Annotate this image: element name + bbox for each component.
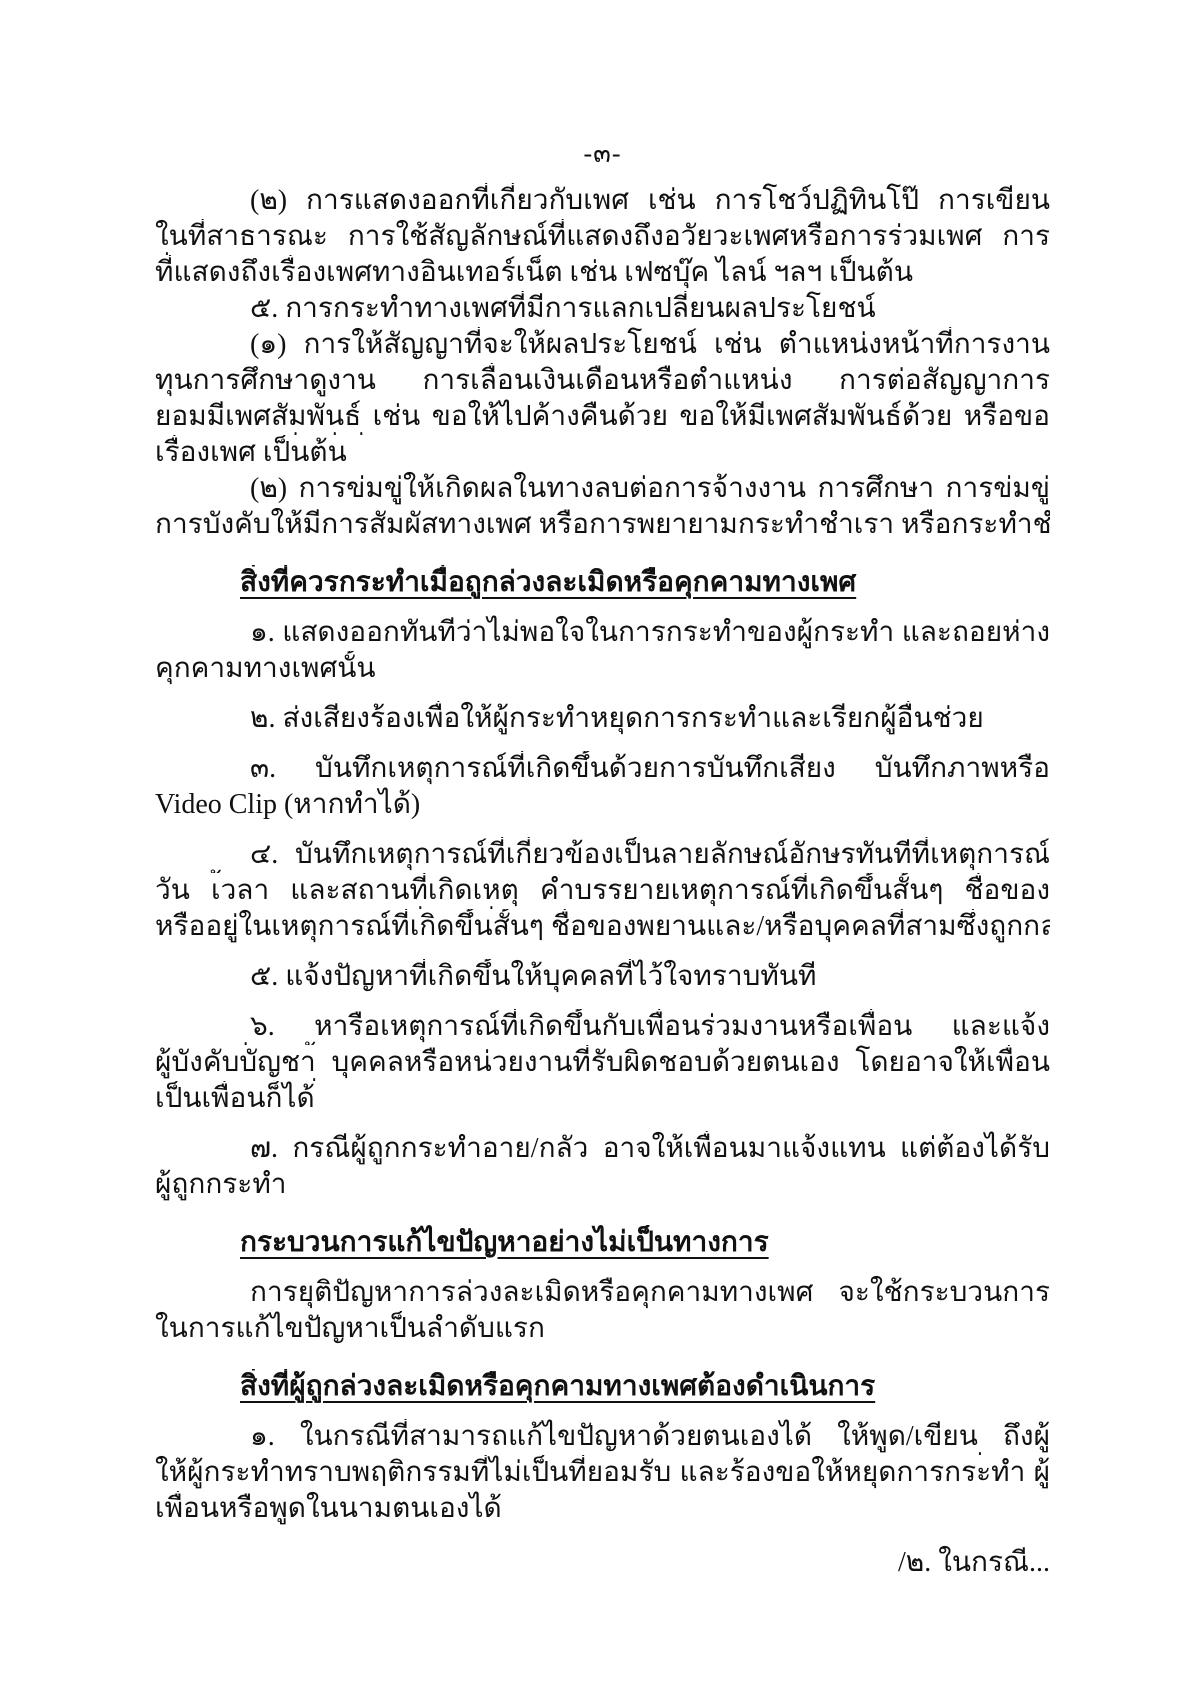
page-number: -๓-	[155, 137, 1050, 171]
paragraph: การยุติปัญหาการล่วงละเมิดหรือคุกคามทางเพ…	[155, 1275, 1050, 1347]
text-line: การยุติปัญหาการล่วงละเมิดหรือคุกคามทางเพ…	[155, 1275, 1050, 1311]
text-line: ๓. บันทึกเหตุการณ์ที่เกิดขึ้นด้วยการบันท…	[155, 751, 1050, 787]
text-line: วัน เวลา และสถานที่เกิดเหตุ คำบรรยายเหตุ…	[155, 873, 1050, 909]
list-item: ๒. ส่งเสียงร้องเพื่อให้ผู้กระทำหยุดการกร…	[155, 701, 1050, 737]
section-heading: สิ่งที่ผู้ถูกล่วงละเมิดหรือคุกคามทางเพศต…	[155, 1369, 1050, 1405]
list-item: ๕. แจ้งปัญหาที่เกิดขึ้นให้บุคคลที่ไว้ใจท…	[155, 959, 1050, 995]
text-line: ๑. แสดงออกทันทีว่าไม่พอใจในการกระทำของผู…	[155, 615, 1050, 651]
list-item: ๕. การกระทำทางเพศที่มีการแลกเปลี่ยนผลประ…	[155, 291, 1050, 327]
heading-text: กระบวนการแก้ไขปัญหาอย่างไม่เป็นทางการ	[155, 1225, 1050, 1261]
list-item: ๖. หารือเหตุการณ์ที่เกิดขึ้นกับเพื่อนร่ว…	[155, 1009, 1050, 1117]
paragraph: (๒) การแสดงออกที่เกี่ยวกับเพศ เช่น การโช…	[155, 183, 1050, 291]
text-line: ๒. ส่งเสียงร้องเพื่อให้ผู้กระทำหยุดการกร…	[155, 701, 1050, 737]
text-line: ๑. ในกรณีที่สามารถแก้ไขปัญหาด้วยตนเองได้…	[155, 1419, 1050, 1455]
text-line: ๖. หารือเหตุการณ์ที่เกิดขึ้นกับเพื่อนร่ว…	[155, 1009, 1050, 1045]
text-line: ในที่สาธารณะ การใช้สัญลักษณ์ที่แสดงถึงอว…	[155, 219, 1050, 255]
text-line: ๗. กรณีผู้ถูกกระทำอาย/กลัว อาจให้เพื่อนม…	[155, 1131, 1050, 1167]
text-line: คุกคามทางเพศนั้น	[155, 651, 1050, 687]
text-line: เพื่อนหรือพูดในนามตนเองได้	[155, 1491, 1050, 1527]
list-item: ๑. แสดงออกทันทีว่าไม่พอใจในการกระทำของผู…	[155, 615, 1050, 687]
section-heading: สิ่งที่ควรกระทำเมื่อถูกล่วงละเมิดหรือคุก…	[155, 565, 1050, 601]
continuation-mark: /๒. ในกรณี...	[155, 1545, 1050, 1581]
text-line: Video Clip (หากทำได้)	[155, 787, 1050, 823]
text-line: ในการแก้ไขปัญหาเป็นลำดับแรก	[155, 1311, 1050, 1347]
text-line: การบังคับให้มีการสัมผัสทางเพศ หรือการพยา…	[155, 507, 1050, 543]
text-line: ผู้บังคับบัญชา บุคคลหรือหน่วยงานที่รับผิ…	[155, 1045, 1050, 1081]
document-page: -๓- (๒) การแสดงออกที่เกี่ยวกับเพศ เช่น ก…	[0, 0, 1190, 1683]
text-line: ผู้ถูกกระทำ	[155, 1167, 1050, 1203]
text-line: ๔. บันทึกเหตุการณ์ที่เกี่ยวข้องเป็นลายลั…	[155, 837, 1050, 873]
list-item: ๑. ในกรณีที่สามารถแก้ไขปัญหาด้วยตนเองได้…	[155, 1419, 1050, 1527]
list-item: ๗. กรณีผู้ถูกกระทำอาย/กลัว อาจให้เพื่อนม…	[155, 1131, 1050, 1203]
text-line: เป็นเพื่อนก็ได้	[155, 1081, 1050, 1117]
section-heading: กระบวนการแก้ไขปัญหาอย่างไม่เป็นทางการ	[155, 1225, 1050, 1261]
list-item: ๔. บันทึกเหตุการณ์ที่เกี่ยวข้องเป็นลายลั…	[155, 837, 1050, 945]
text-line: หรืออยู่ในเหตุการณ์ที่เกิดขึ้นสั้นๆ ชื่อ…	[155, 909, 1050, 945]
paragraph: (๑) การให้สัญญาที่จะให้ผลประโยชน์ เช่น ต…	[155, 327, 1050, 471]
heading-text: สิ่งที่ผู้ถูกล่วงละเมิดหรือคุกคามทางเพศต…	[155, 1369, 1050, 1405]
text-line: เรื่องเพศ เป็นต้น	[155, 435, 1050, 471]
text-line: ทุนการศึกษาดูงาน การเลื่อนเงินเดือนหรือต…	[155, 363, 1050, 399]
list-item: ๓. บันทึกเหตุการณ์ที่เกิดขึ้นด้วยการบันท…	[155, 751, 1050, 823]
text-line: ให้ผู้กระทำทราบพฤติกรรมที่ไม่เป็นที่ยอมร…	[155, 1455, 1050, 1491]
text-line: (๒) การข่มขู่ให้เกิดผลในทางลบต่อการจ้างง…	[155, 471, 1050, 507]
paragraph: (๒) การข่มขู่ให้เกิดผลในทางลบต่อการจ้างง…	[155, 471, 1050, 543]
text-line: (๑) การให้สัญญาที่จะให้ผลประโยชน์ เช่น ต…	[155, 327, 1050, 363]
heading-text: สิ่งที่ควรกระทำเมื่อถูกล่วงละเมิดหรือคุก…	[155, 565, 1050, 601]
text-line: ที่แสดงถึงเรื่องเพศทางอินเทอร์เน็ต เช่น …	[155, 255, 1050, 291]
text-line: (๒) การแสดงออกที่เกี่ยวกับเพศ เช่น การโช…	[155, 183, 1050, 219]
text-line: ยอมมีเพศสัมพันธ์ เช่น ขอให้ไปค้างคืนด้วย…	[155, 399, 1050, 435]
text-line: ๕. แจ้งปัญหาที่เกิดขึ้นให้บุคคลที่ไว้ใจท…	[155, 959, 1050, 995]
text-line: ๕. การกระทำทางเพศที่มีการแลกเปลี่ยนผลประ…	[155, 291, 1050, 327]
